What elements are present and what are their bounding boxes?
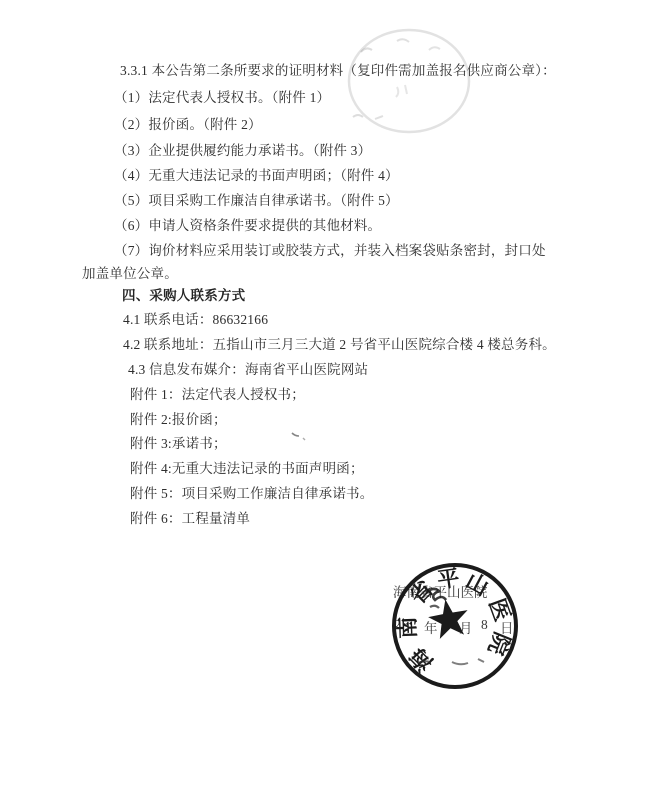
seal-ring-char: 南	[395, 616, 421, 639]
seal-star-icon	[426, 596, 472, 640]
document-page: 3.3.1 本公告第二条所要求的证明材料（复印件需加盖报名供应商公章）： （1）…	[0, 0, 652, 789]
document-line: 加盖单位公章。	[82, 266, 178, 281]
document-line: 4.1 联系电话：86632166	[123, 312, 268, 327]
document-line: （3）企业提供履约能力承诺书。（附件 3）	[114, 143, 371, 158]
stray-mark-icon	[288, 429, 312, 445]
seal-ring-char: 海	[404, 642, 438, 676]
document-line: （1）法定代表人授权书。（附件 1）	[114, 90, 330, 105]
ghost-stamp-icon	[347, 27, 473, 137]
document-line: （7）询价材料应采用装订或胶装方式，并装入档案袋贴条密封，封口处	[114, 243, 546, 258]
document-line: 附件 3:承诺书；	[130, 436, 227, 451]
document-line: （2）报价函。（附件 2）	[114, 117, 262, 132]
document-line: 附件 2:报价函；	[130, 412, 227, 427]
document-line: （4）无重大违法记录的书面声明函；（附件 4）	[114, 168, 399, 183]
seal-ring-char: 平	[436, 565, 461, 593]
seal-ring-char: 省	[405, 576, 438, 609]
document-line: 附件 6：工程量清单	[130, 511, 250, 526]
document-line: 3.3.1 本公告第二条所要求的证明材料（复印件需加盖报名供应商公章）：	[120, 63, 556, 78]
document-line: （6）申请人资格条件要求提供的其他材料。	[114, 218, 381, 233]
document-line: （5）项目采购工作廉洁自律承诺书。（附件 5）	[114, 193, 399, 208]
document-line: 附件 1：法定代表人授权书；	[130, 387, 305, 402]
official-seal-icon: 海 南 省 平 山 医 院	[370, 541, 540, 711]
document-line: 附件 4:无重大违法记录的书面声明函；	[130, 461, 364, 476]
seal-smudge	[452, 659, 484, 664]
document-line: 4.2 联系地址：五指山市三月三大道 2 号省平山医院综合楼 4 楼总务科。	[123, 337, 556, 352]
document-line: 附件 5：项目采购工作廉洁自律承诺书。	[130, 486, 373, 501]
document-line: 4.3 信息发布媒介：海南省平山医院网站	[128, 362, 368, 377]
section-heading: 四、采购人联系方式	[122, 288, 245, 303]
seal-smudge	[430, 606, 439, 608]
